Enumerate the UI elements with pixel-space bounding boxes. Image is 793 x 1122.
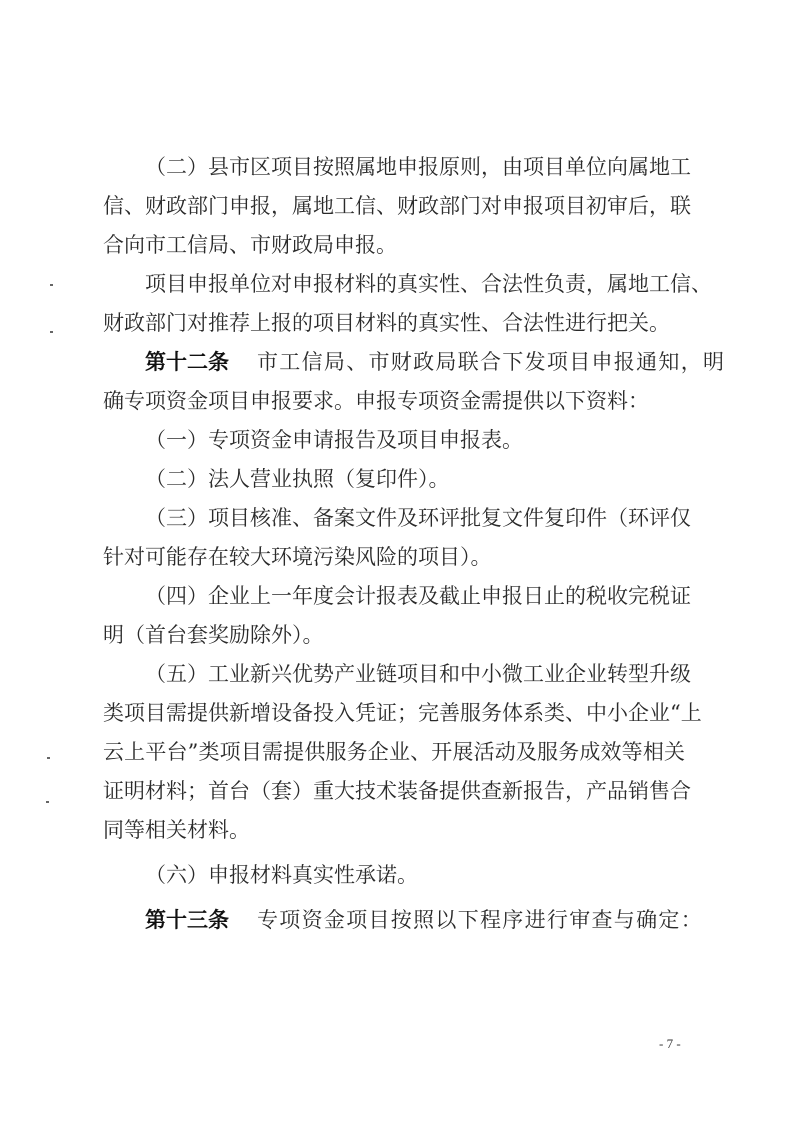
text-line: 合向市工信局、市财政局申报。 [103,226,685,265]
page-number: - 7 - [659,1036,681,1052]
text-line: （二）县市区项目按照属地申报原则，由项目单位向属地工 [103,148,685,187]
text-line: （五）工业新兴优势产业链项目和中小微工业企业转型升级 [103,655,685,694]
paragraph-item-2: （二）县市区项目按照属地申报原则，由项目单位向属地工 信、财政部门申报，属地工信… [103,148,685,265]
paragraph-item-5: （五）工业新兴优势产业链项目和中小微工业企业转型升级 类项目需提供新增设备投入凭… [103,655,685,850]
paragraph-item-3: （三）项目核准、备案文件及环评批复文件复印件（环评仅 针对可能存在较大环境污染风… [103,499,685,577]
article-text: 市工信局、市财政局联合下发项目申报通知，明 [257,350,725,374]
text-line: （四）企业上一年度会计报表及截止申报日止的税收完税证 [103,577,685,616]
article-13: 第十三条专项资金项目按照以下程序进行审查与确定： [103,901,685,940]
text-line: （一）专项资金申请报告及项目申报表。 [103,421,685,460]
text-line: 同等相关材料。 [103,811,685,850]
paragraph-responsibility: 项目申报单位对申报材料的真实性、合法性负责，属地工信、 财政部门对推荐上报的项目… [103,265,685,343]
text-line: （三）项目核准、备案文件及环评批复文件复印件（环评仅 [103,499,685,538]
article-text: 专项资金项目按照以下程序进行审查与确定： [257,908,703,932]
text-line: 第十二条市工信局、市财政局联合下发项目申报通知，明 [103,343,685,382]
text-line: （六）申报材料真实性承诺。 [103,856,685,895]
scan-speck [50,331,53,333]
text-line: （二）法人营业执照（复印件）。 [103,460,685,499]
scan-speck [50,284,53,286]
text-line: 类项目需提供新增设备投入凭证；完善服务体系类、中小企业“上 [103,694,685,733]
text-line: 云上平台”类项目需提供服务企业、开展活动及服务成效等相关 [103,733,685,772]
paragraph-item-1: （一）专项资金申请报告及项目申报表。 [103,421,685,460]
paragraph-item-6: （六）申报材料真实性承诺。 [103,856,685,895]
article-label: 第十三条 [145,908,229,932]
text-line: 证明材料；首台（套）重大技术装备提供查新报告，产品销售合 [103,772,685,811]
text-line: 确专项资金项目申报要求。申报专项资金需提供以下资料： [103,382,685,421]
article-label: 第十二条 [145,350,229,374]
text-line: 明（首台套奖励除外）。 [103,616,685,655]
paragraph-item-2b: （二）法人营业执照（复印件）。 [103,460,685,499]
text-line: 针对可能存在较大环境污染风险的项目）。 [103,538,685,577]
text-line: 项目申报单位对申报材料的真实性、合法性负责，属地工信、 [103,265,685,304]
paragraph-item-4: （四）企业上一年度会计报表及截止申报日止的税收完税证 明（首台套奖励除外）。 [103,577,685,655]
scan-speck [47,757,50,759]
text-line: 信、财政部门申报，属地工信、财政部门对申报项目初审后，联 [103,187,685,226]
text-line: 第十三条专项资金项目按照以下程序进行审查与确定： [103,901,685,940]
scan-speck [46,801,49,803]
text-line: 财政部门对推荐上报的项目材料的真实性、合法性进行把关。 [103,304,685,343]
document-body: （二）县市区项目按照属地申报原则，由项目单位向属地工 信、财政部门申报，属地工信… [103,148,685,940]
article-12: 第十二条市工信局、市财政局联合下发项目申报通知，明 确专项资金项目申报要求。申报… [103,343,685,421]
